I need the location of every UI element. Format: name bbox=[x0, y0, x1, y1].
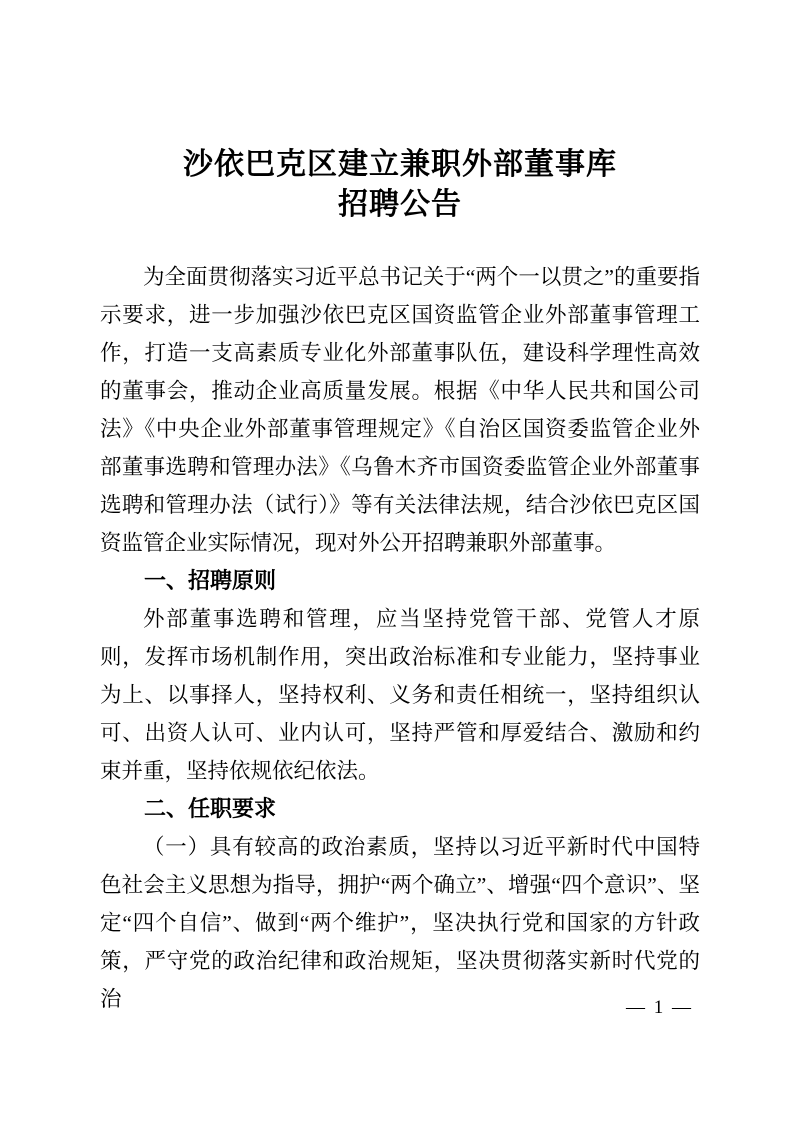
title-line-2: 招聘公告 bbox=[100, 185, 700, 225]
document-body: 为全面贯彻落实习近平总书记关于“两个一以贯之”的重要指示要求，进一步加强沙依巴克… bbox=[100, 258, 700, 1018]
document-content: 沙依巴克区建立兼职外部董事库 招聘公告 为全面贯彻落实习近平总书记关于“两个一以… bbox=[100, 0, 700, 1018]
paragraph-intro: 为全面贯彻落实习近平总书记关于“两个一以贯之”的重要指示要求，进一步加强沙依巴克… bbox=[100, 258, 700, 562]
title-line-1: 沙依巴克区建立兼职外部董事库 bbox=[100, 145, 700, 185]
paragraph-recruitment-principles: 外部董事选聘和管理，应当坚持党管干部、党管人才原则，发挥市场机制作用，突出政治标… bbox=[100, 600, 700, 790]
paragraph-job-requirement-1: （一）具有较高的政治素质，坚持以习近平新时代中国特色社会主义思想为指导，拥护“两… bbox=[100, 828, 700, 1018]
document-title: 沙依巴克区建立兼职外部董事库 招聘公告 bbox=[100, 145, 700, 225]
heading-recruitment-principles: 一、招聘原则 bbox=[100, 562, 700, 600]
document-page: 沙依巴克区建立兼职外部董事库 招聘公告 为全面贯彻落实习近平总书记关于“两个一以… bbox=[0, 0, 793, 1122]
heading-job-requirements: 二、任职要求 bbox=[100, 790, 700, 828]
page-number: — 1 — bbox=[626, 997, 693, 1019]
